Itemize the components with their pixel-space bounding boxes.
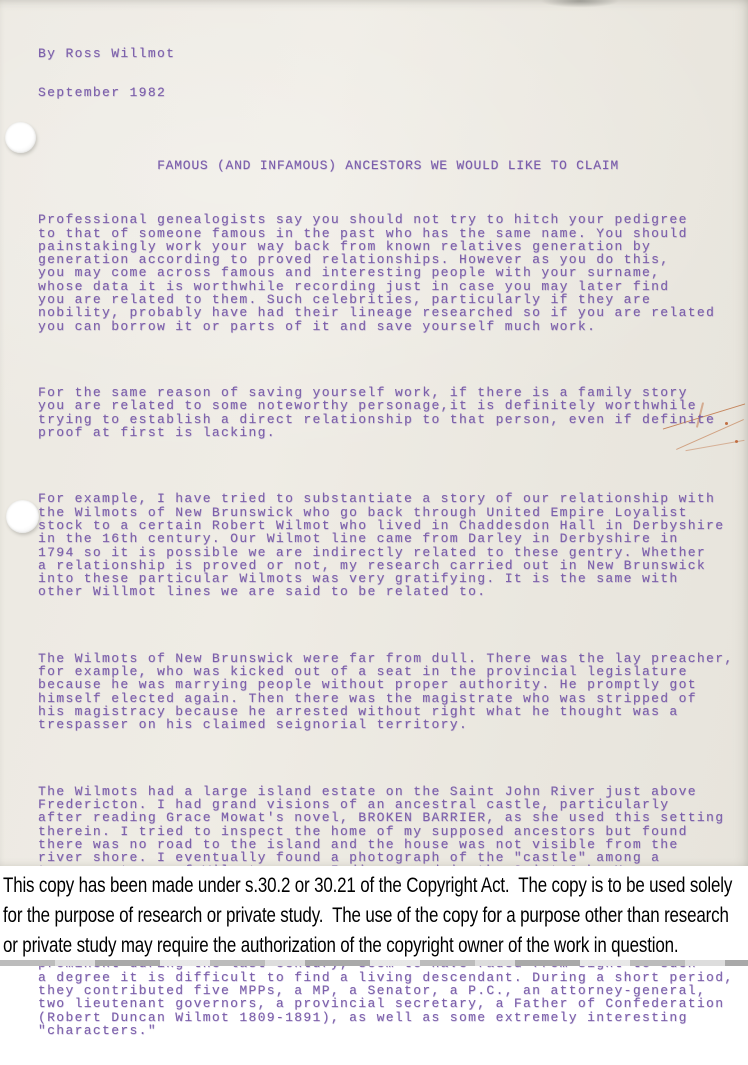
paragraph-4: The Wilmots of New Brunswick were far fr… [38, 652, 738, 732]
date-line: September 1982 [38, 86, 738, 99]
paragraph-3: For example, I have tried to substantiat… [38, 492, 738, 598]
paragraph-2: For the same reason of saving yourself w… [38, 386, 738, 439]
document-title: FAMOUS (AND INFAMOUS) ANCESTORS WE WOULD… [38, 159, 738, 172]
copyright-notice-band: This copy has been made under s.30.2 or … [0, 866, 748, 966]
copyright-notice-text: This copy has been made under s.30.2 or … [3, 870, 748, 960]
scanned-page: By Ross Willmot September 1982 FAMOUS (A… [0, 0, 748, 866]
punch-hole-top [5, 122, 36, 153]
scan-edge-artifact [0, 960, 748, 966]
typewritten-content: By Ross Willmot September 1982 FAMOUS (A… [38, 20, 738, 966]
punch-hole-bottom [6, 500, 39, 533]
author-byline: By Ross Willmot [38, 47, 738, 60]
paragraph-1: Professional genealogists say you should… [38, 213, 738, 333]
top-edge-smudge [528, 0, 632, 10]
